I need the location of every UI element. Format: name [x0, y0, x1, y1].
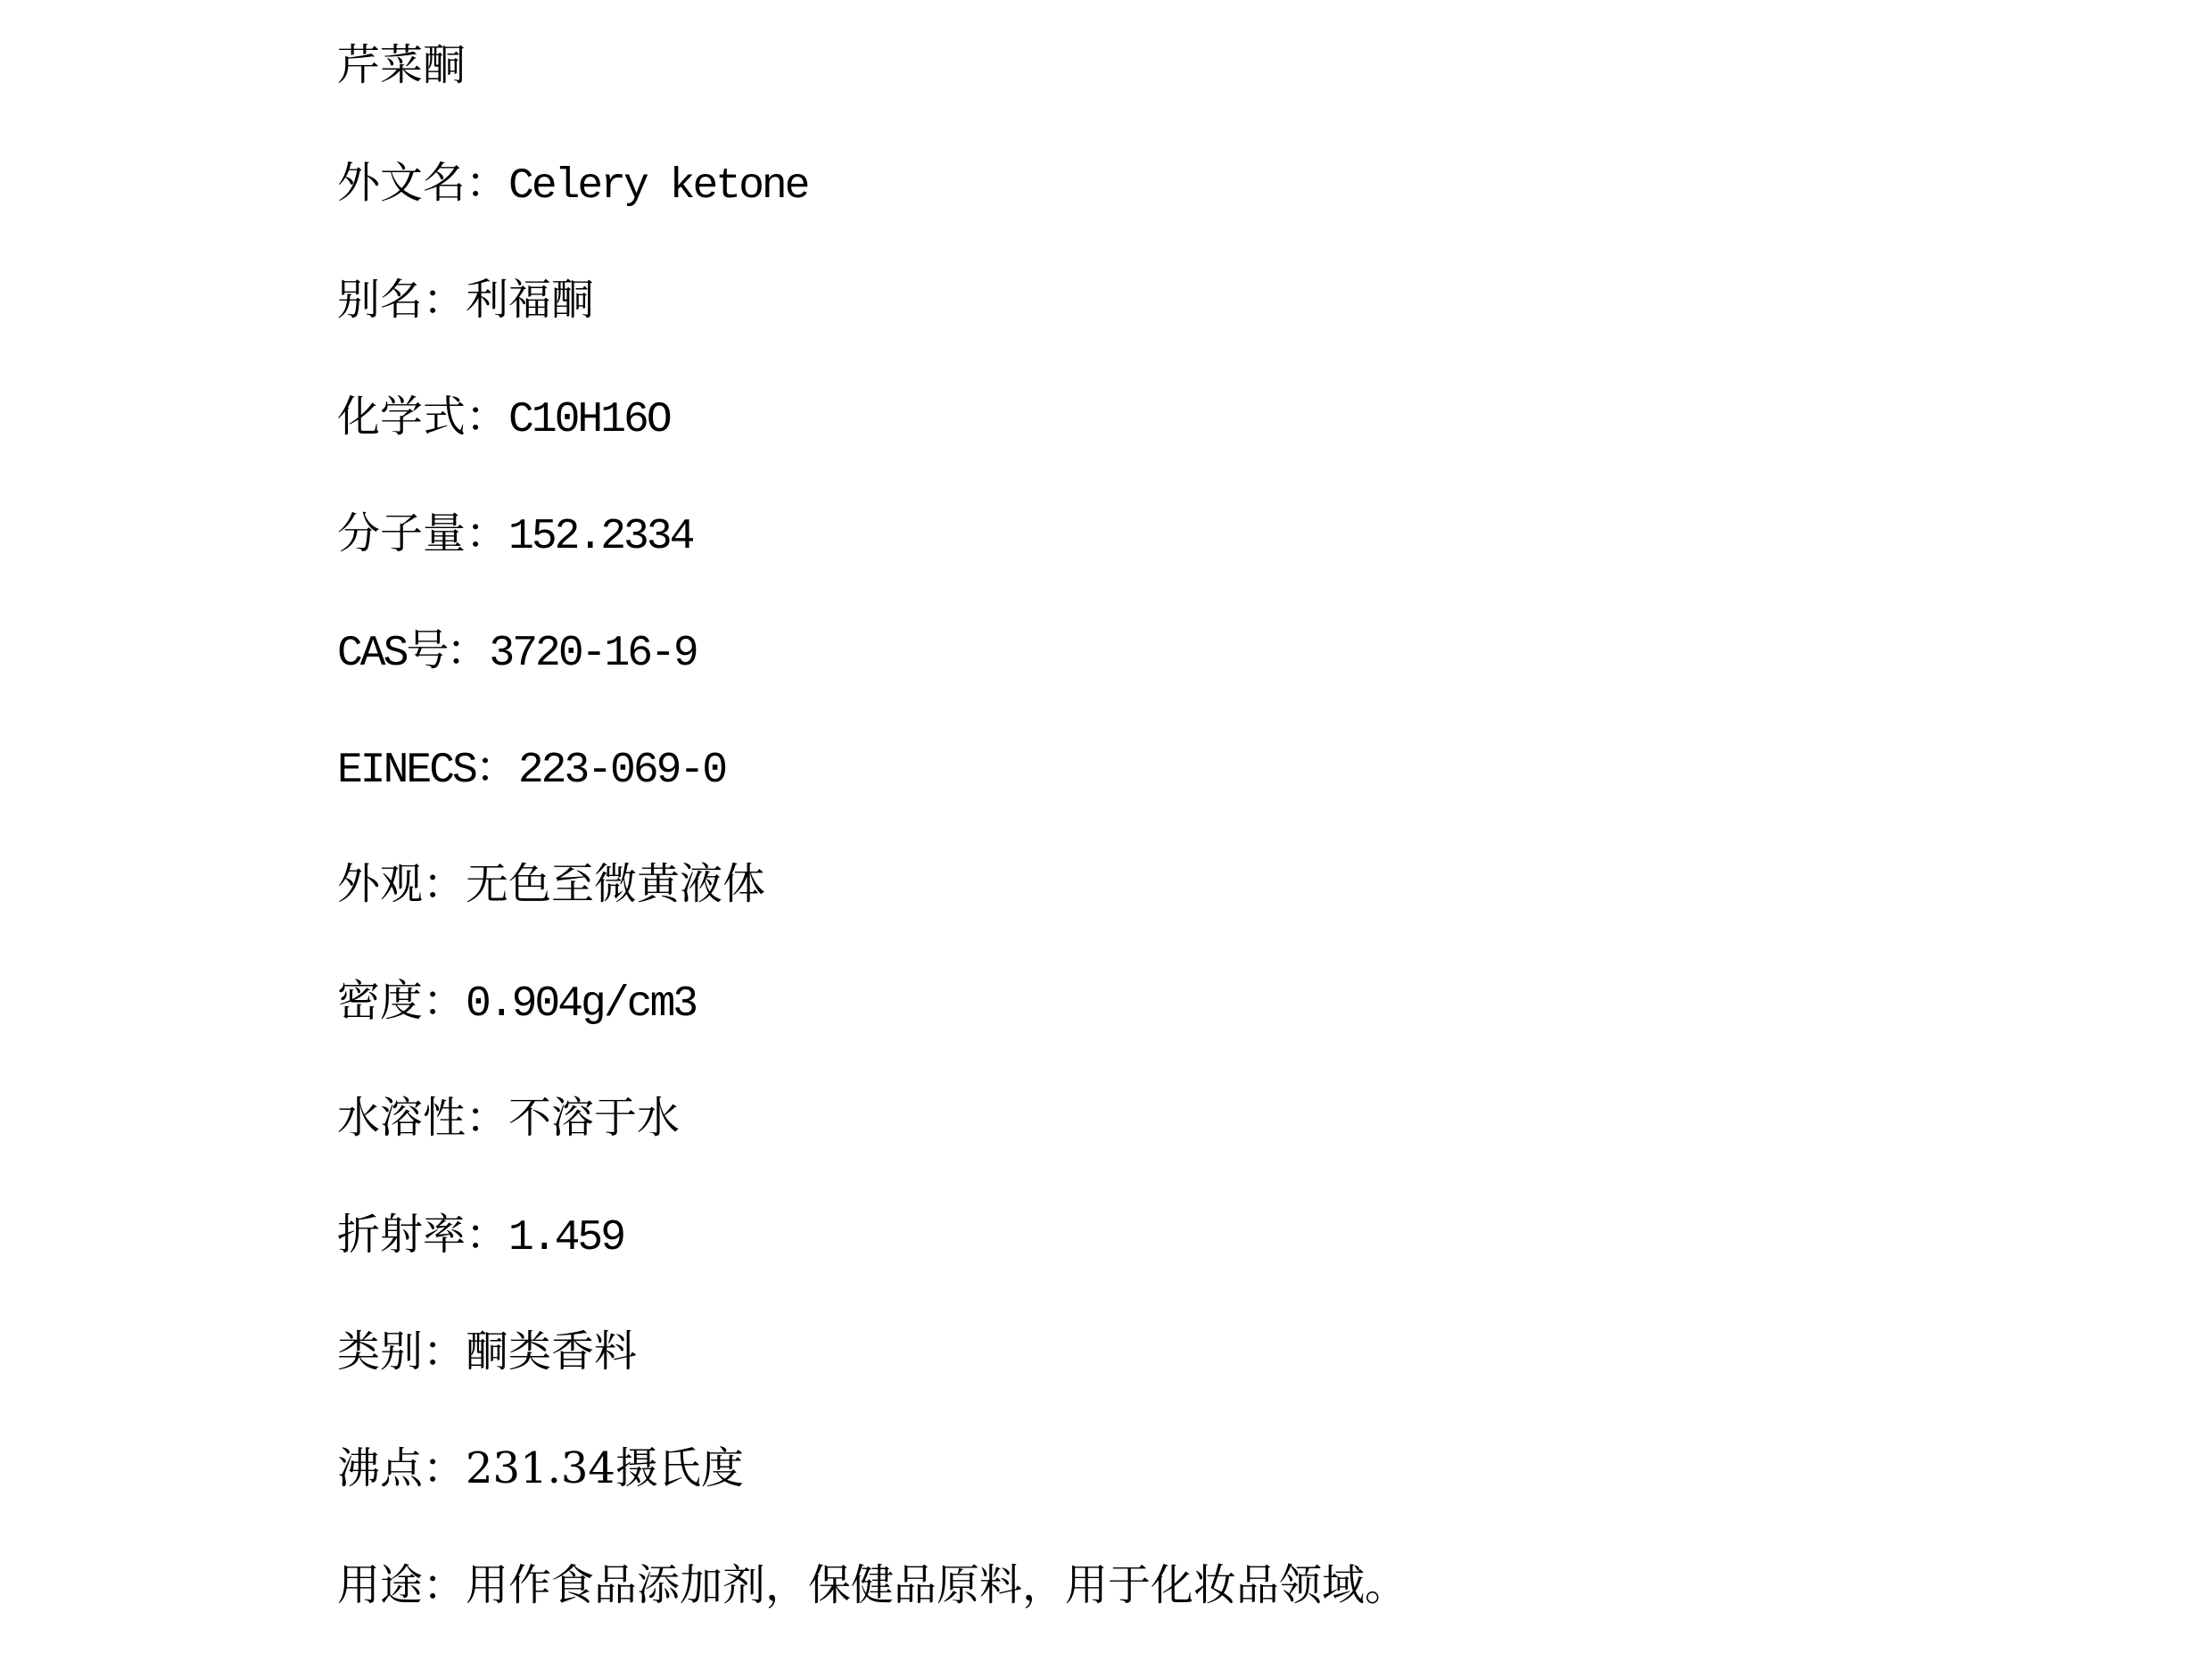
field-alias: 别名：利福酮	[337, 273, 594, 327]
field-label: 外观	[337, 857, 423, 911]
field-label: 别名	[337, 273, 423, 327]
field-value: 利福酮	[466, 273, 594, 327]
field-label: 化学式	[337, 390, 466, 443]
field-value: 用作食品添加剂，保健品原料，用于化妆品领域。	[466, 1558, 1407, 1612]
field-label: 密度	[337, 974, 423, 1028]
field-label: 外文名	[337, 156, 466, 210]
field-einecs: EINECS：223-069-0	[337, 740, 725, 794]
field-value: 223-069-0	[518, 744, 725, 798]
field-boiling-point: 沸点：231.34摄氏度	[337, 1442, 744, 1495]
field-separator: ：	[466, 156, 508, 210]
field-category: 类别：酮类香料	[337, 1325, 637, 1378]
field-density: 密度：0.904g/cm3	[337, 974, 696, 1028]
field-value: 0.904g/cm3	[466, 978, 696, 1031]
field-usage: 用途：用作食品添加剂，保健品原料，用于化妆品领域。	[337, 1558, 1407, 1612]
field-label: 折射率	[337, 1208, 466, 1261]
field-water-solubility: 水溶性：不溶于水	[337, 1091, 680, 1145]
field-chemical-formula: 化学式：C10H16O	[337, 390, 670, 443]
document-title: 芹菜酮	[337, 38, 466, 92]
field-label: CAS号	[337, 627, 446, 681]
field-value: 3720-16-9	[489, 627, 696, 681]
field-value: 231.34摄氏度	[466, 1442, 744, 1495]
field-molecular-weight: 分子量：152.2334	[337, 507, 692, 560]
field-value: 无色至微黄液体	[466, 857, 765, 911]
field-separator: ：	[466, 390, 508, 443]
field-label: 沸点	[337, 1442, 423, 1495]
field-label: EINECS	[337, 744, 475, 798]
field-separator: ：	[423, 974, 466, 1028]
field-separator: ：	[466, 1208, 508, 1261]
field-cas-number: CAS号：3720-16-9	[337, 624, 697, 677]
field-separator: ：	[423, 1442, 466, 1495]
field-separator: ：	[475, 740, 518, 794]
title-text: 芹菜酮	[337, 40, 466, 90]
field-refractive-index: 折射率：1.459	[337, 1208, 623, 1261]
field-separator: ：	[446, 624, 489, 677]
field-value: 152.2334	[508, 510, 692, 564]
field-value: C10H16O	[508, 393, 670, 447]
field-separator: ：	[423, 1325, 466, 1378]
field-label: 类别	[337, 1325, 423, 1378]
field-separator: ：	[423, 1558, 466, 1612]
field-separator: ：	[466, 507, 508, 560]
field-value: 酮类香料	[466, 1325, 637, 1378]
field-label: 分子量	[337, 507, 466, 560]
field-value: Celery ketone	[508, 160, 807, 213]
field-separator: ：	[466, 1091, 508, 1145]
field-appearance: 外观：无色至微黄液体	[337, 857, 765, 911]
field-label: 用途	[337, 1558, 423, 1612]
field-label: 水溶性	[337, 1091, 466, 1145]
field-foreign-name: 外文名：Celery ketone	[337, 156, 807, 210]
field-value: 1.459	[508, 1211, 623, 1265]
field-value: 不溶于水	[508, 1091, 680, 1145]
field-separator: ：	[423, 273, 466, 327]
field-separator: ：	[423, 857, 466, 911]
